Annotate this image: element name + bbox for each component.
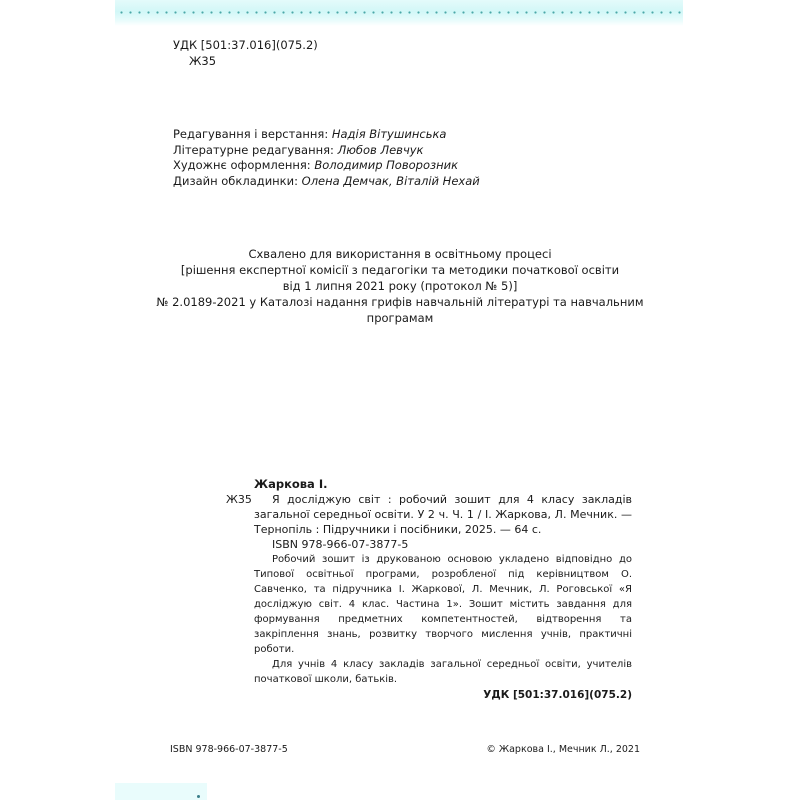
- credit-label: Літературне редагування:: [173, 143, 338, 157]
- credit-line: Художнє оформлення: Володимир Поворозник: [173, 158, 480, 174]
- record-title: Я досліджую світ : робочий зошит для 4 к…: [254, 492, 632, 537]
- credit-label: Редагування і верстання:: [173, 127, 332, 141]
- credits-block: Редагування і верстання: Надія Вітушинсь…: [173, 127, 480, 189]
- record-udc: УДК [501:37.016](075.2): [226, 688, 632, 703]
- credit-label: Художнє оформлення:: [173, 158, 314, 172]
- record-title-row: Ж35 Я досліджую світ : робочий зошит для…: [226, 492, 632, 537]
- record-isbn: ISBN 978-966-07-3877-5: [226, 537, 632, 552]
- credit-line: Літературне редагування: Любов Левчук: [173, 143, 480, 159]
- approval-line: Схвалено для використання в освітньому п…: [150, 246, 650, 262]
- bibliographic-record: Жаркова І. Ж35 Я досліджую світ : робочи…: [226, 477, 632, 703]
- author-mark: Ж35: [173, 53, 318, 69]
- credit-name: Володимир Поворозник: [314, 158, 458, 172]
- dotted-divider: [117, 11, 681, 14]
- footer-isbn: ISBN 978-966-07-3877-5: [170, 744, 288, 755]
- decorative-dot: [197, 795, 200, 798]
- footer-copyright: © Жаркова І., Мечник Л., 2021: [486, 744, 640, 755]
- credit-line: Редагування і верстання: Надія Вітушинсь…: [173, 127, 480, 143]
- udc-code: УДК [501:37.016](075.2): [173, 37, 318, 53]
- credit-name: Любов Левчук: [338, 143, 424, 157]
- credit-label: Дизайн обкладинки:: [173, 174, 302, 188]
- approval-line: № 2.0189-2021 у Каталозі надання грифів …: [150, 294, 650, 326]
- credit-line: Дизайн обкладинки: Олена Демчак, Віталій…: [173, 174, 480, 190]
- udc-header: УДК [501:37.016](075.2) Ж35: [173, 37, 318, 69]
- record-description: Робочий зошит із друкованою основою укла…: [226, 552, 632, 657]
- record-audience: Для учнів 4 класу закладів загальної сер…: [226, 657, 632, 687]
- credit-name: Олена Демчак, Віталій Нехай: [302, 174, 480, 188]
- approval-line: від 1 липня 2021 року (протокол № 5)]: [150, 278, 650, 294]
- credit-name: Надія Вітушинська: [332, 127, 447, 141]
- approval-line: [рішення експертної комісії з педагогіки…: [150, 262, 650, 278]
- record-code: Ж35: [226, 492, 254, 537]
- record-author: Жаркова І.: [226, 477, 632, 492]
- bottom-decorative-band: [115, 783, 207, 800]
- approval-statement: Схвалено для використання в освітньому п…: [150, 246, 650, 326]
